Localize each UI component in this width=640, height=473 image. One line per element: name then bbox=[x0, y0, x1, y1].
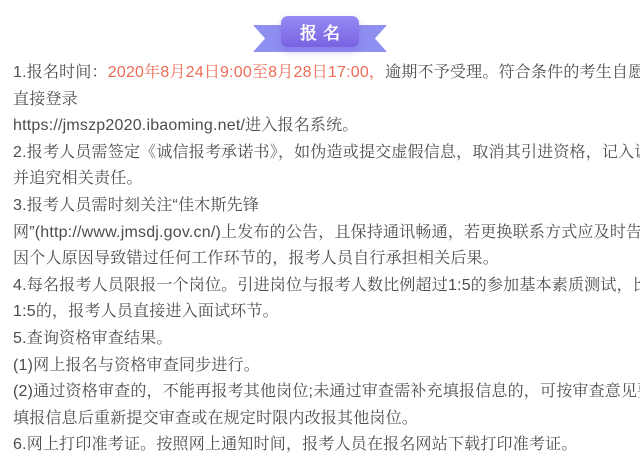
text-segment: https://jmszp2020.ibaoming.net/进入报名系统。 bbox=[13, 117, 359, 134]
highlighted-text-segment: 2020年8月24日9:00至8月28日17:00， bbox=[108, 64, 385, 81]
text-line: 填报信息后重新提交审查或在规定时限内改报其他岗位。 bbox=[13, 406, 627, 433]
text-segment: (2)通过资格审查的，不能再报考其他岗位;未通过审查需补充填报信息的，可按审查意… bbox=[13, 383, 640, 400]
text-line: 1.报名时间：2020年8月24日9:00至8月28日17:00，逾期不予受理。… bbox=[13, 60, 627, 87]
text-line: 4.每名报考人员限报一个岗位。引进岗位与报考人数比例超过1:5的参加基本素质测试… bbox=[13, 273, 627, 300]
text-line: 6.网上打印准考证。按照网上通知时间，报考人员在报名网站下载打印准考证。 bbox=[13, 432, 627, 459]
text-segment: 1.报名时间： bbox=[13, 64, 108, 81]
text-segment: 6.网上打印准考证。按照网上通知时间，报考人员在报名网站下载打印准考证。 bbox=[13, 436, 578, 453]
text-segment: (1)网上报名与资格审查同步进行。 bbox=[13, 357, 260, 374]
text-segment: 填报信息后重新提交审查或在规定时限内改报其他岗位。 bbox=[13, 410, 418, 427]
text-line: 直接登录 bbox=[13, 87, 627, 114]
notice-body: 1.报名时间：2020年8月24日9:00至8月28日17:00，逾期不予受理。… bbox=[0, 58, 640, 459]
text-line: 3.报考人员需时刻关注“佳木斯先锋 bbox=[13, 193, 627, 220]
text-line: 5.查询资格审查结果。 bbox=[13, 326, 627, 353]
text-line: (1)网上报名与资格审查同步进行。 bbox=[13, 353, 627, 380]
text-segment: 并追究相关责任。 bbox=[13, 170, 143, 187]
text-segment: 5.查询资格审查结果。 bbox=[13, 330, 173, 347]
text-segment: 因个人原因导致错过任何工作环节的，报考人员自行承担相关后果。 bbox=[13, 250, 499, 267]
text-segment: 1:5的，报考人员直接进入面试环节。 bbox=[13, 303, 279, 320]
text-segment: 3.报考人员需时刻关注“佳木斯先锋 bbox=[13, 197, 259, 214]
text-segment: 4.每名报考人员限报一个岗位。引进岗位与报考人数比例超过1:5的参加基本素质测试… bbox=[13, 277, 640, 294]
registration-banner: 报名 bbox=[0, 0, 640, 58]
text-line: 1:5的，报考人员直接进入面试环节。 bbox=[13, 299, 627, 326]
text-line: 因个人原因导致错过任何工作环节的，报考人员自行承担相关后果。 bbox=[13, 246, 627, 273]
text-segment: 直接登录 bbox=[13, 91, 78, 108]
ribbon-banner-title: 报名 bbox=[281, 16, 359, 47]
text-segment: 网”(http://www.jmsdj.gov.cn/)上发布的公告，且保持通讯… bbox=[13, 224, 640, 241]
text-line: 网”(http://www.jmsdj.gov.cn/)上发布的公告，且保持通讯… bbox=[13, 220, 627, 247]
text-line: 并追究相关责任。 bbox=[13, 166, 627, 193]
text-segment: 逾期不予受理。符合条件的考生自愿报名， bbox=[385, 64, 640, 81]
text-segment: 2.报考人员需签定《诚信报考承诺书》，如伪造或提交虚假信息，取消其引进资格，记入… bbox=[13, 144, 640, 161]
text-line: (2)通过资格审查的，不能再报考其他岗位;未通过审查需补充填报信息的，可按审查意… bbox=[13, 379, 627, 406]
text-line: https://jmszp2020.ibaoming.net/进入报名系统。 bbox=[13, 113, 627, 140]
text-line: 2.报考人员需签定《诚信报考承诺书》，如伪造或提交虚假信息，取消其引进资格，记入… bbox=[13, 140, 627, 167]
